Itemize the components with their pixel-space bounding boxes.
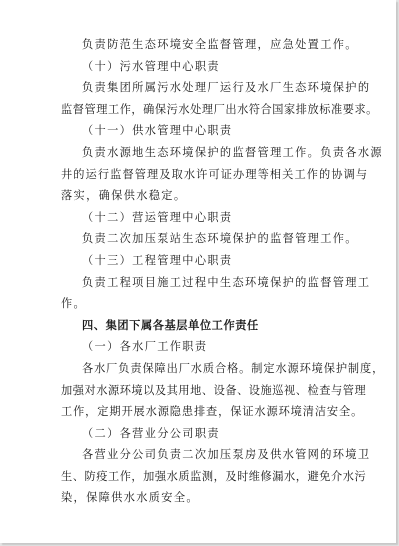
section-heading-2: （二）各营业分公司职责 bbox=[61, 423, 337, 445]
paragraph-line: 负责二次加压泵站生态环境保护的监督管理工作。 bbox=[61, 228, 337, 250]
document-page: 负责防范生态环境安全监督管理，应急处置工作。 （十）污水管理中心职责 负责集团所… bbox=[0, 0, 396, 543]
paragraph-line: 生、防疫工作，加强水质监测，及时维修漏水，避免介水污 bbox=[61, 466, 337, 488]
paragraph-line: 负责防范生态环境安全监督管理，应急处置工作。 bbox=[61, 34, 337, 56]
paragraph-line: 各水厂负责保障出厂水质合格。制定水源环境保护制度， bbox=[61, 358, 337, 380]
paragraph-line: 负责水源地生态环境保护的监督管理工作。负责各水源 bbox=[61, 142, 337, 164]
section-heading-11: （十一）供水管理中心职责 bbox=[61, 120, 337, 142]
section-heading-10: （十）污水管理中心职责 bbox=[61, 56, 337, 78]
paragraph-line: 井的运行监督管理及取水许可证办理等相关工作的协调与 bbox=[61, 164, 337, 186]
section-heading-1: （一）各水厂工作职责 bbox=[61, 336, 337, 358]
paragraph-line: 负责集团所属污水处理厂运行及水厂生态环境保护的 bbox=[61, 77, 337, 99]
paragraph-line: 各营业分公司负责二次加压泵房及供水管网的环境卫 bbox=[61, 444, 337, 466]
document-body: 负责防范生态环境安全监督管理，应急处置工作。 （十）污水管理中心职责 负责集团所… bbox=[61, 34, 337, 509]
paragraph-line: 加强对水源环境以及其用地、设备、设施巡视、检查与管理 bbox=[61, 380, 337, 402]
chapter-heading-4: 四、集团下属各基层单位工作责任 bbox=[61, 315, 337, 337]
section-heading-13: （十三）工程管理中心职责 bbox=[61, 250, 337, 272]
paragraph-line: 工作，定期开展水源隐患排查，保证水源环境清洁安全。 bbox=[61, 401, 337, 423]
paragraph-line: 负责工程项目施工过程中生态环境保护的监督管理工 bbox=[61, 272, 337, 294]
paragraph-line: 监督管理工作，确保污水处理厂出水符合国家排放标准要求。 bbox=[61, 99, 337, 121]
section-heading-12: （十二）营运管理中心职责 bbox=[61, 207, 337, 229]
paragraph-line: 作。 bbox=[61, 293, 337, 315]
paragraph-line: 染，保障供水水质安全。 bbox=[61, 487, 337, 509]
paragraph-line: 落实，确保供水稳定。 bbox=[61, 185, 337, 207]
